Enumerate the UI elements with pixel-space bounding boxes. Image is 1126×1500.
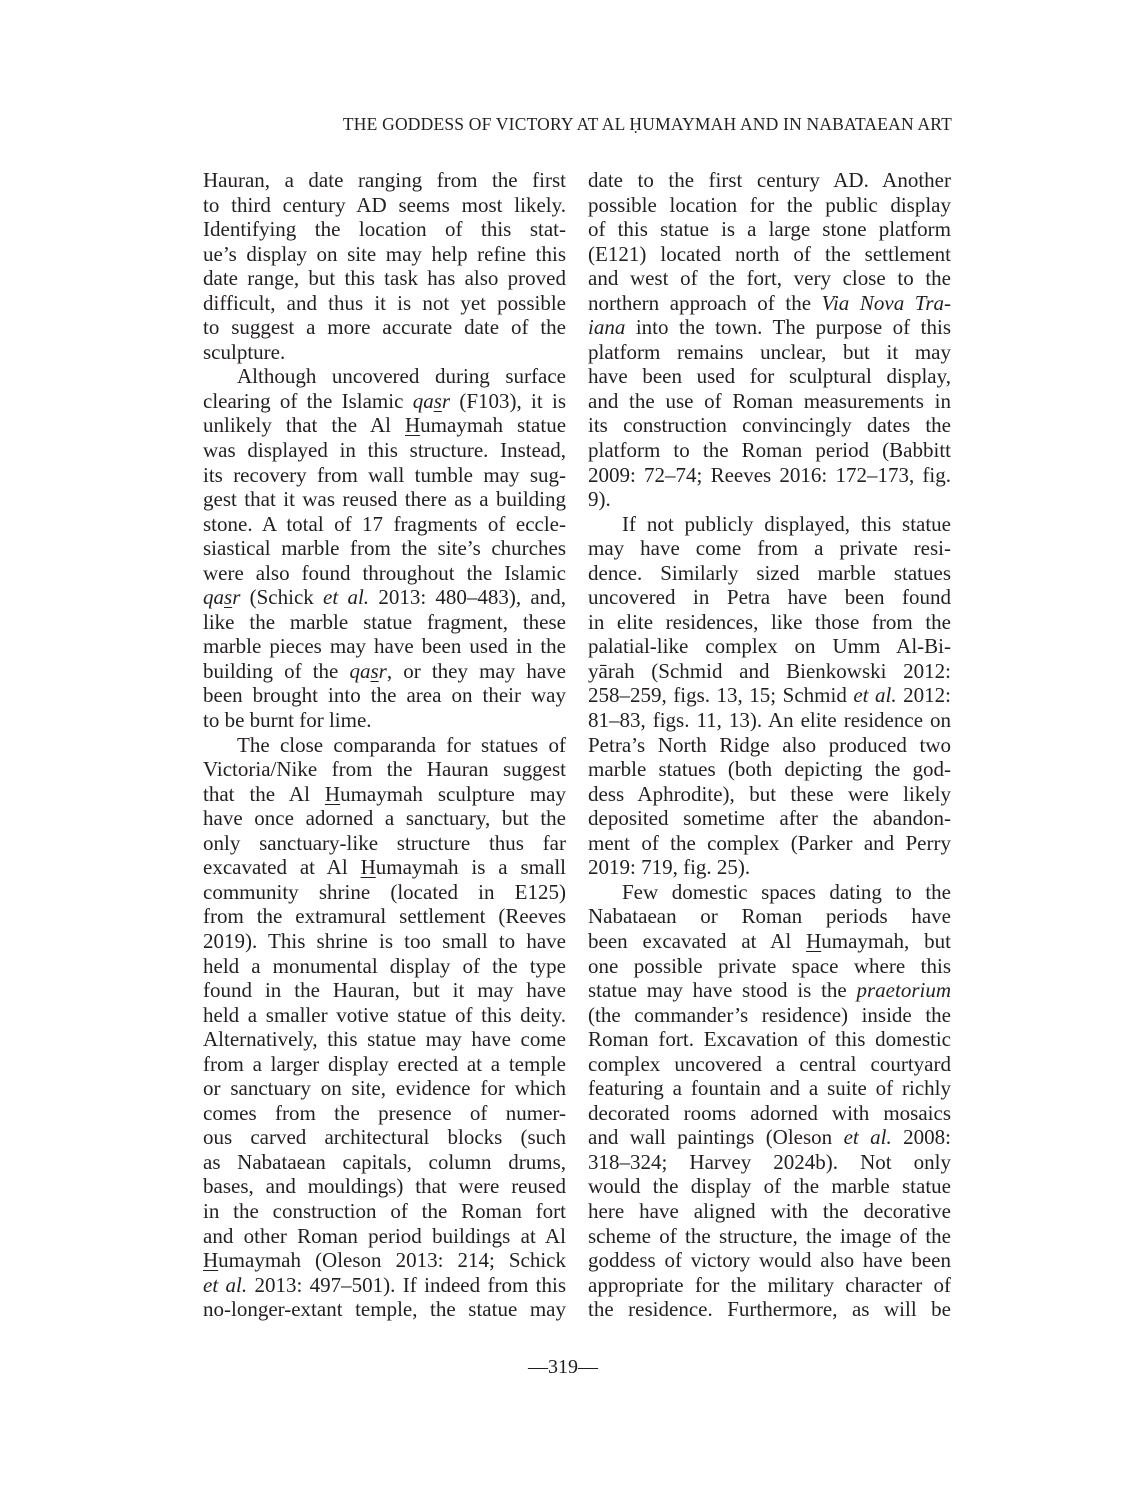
formatted-text: et al. (323, 585, 369, 609)
text-run: platform to the Roman period (Babbitt (588, 438, 951, 462)
text-run: Identifying the location of this stat- (203, 217, 566, 241)
text-run: one possible private space where this (588, 954, 951, 978)
text-line: ous carved architectural blocks (such (203, 1125, 566, 1150)
text-run: excavated at Al (203, 855, 361, 879)
text-run: marble statues (both depicting the god- (588, 757, 951, 781)
text-line: to be burnt for lime. (203, 708, 566, 733)
text-line: or sanctuary on site, evidence for which (203, 1076, 566, 1101)
text-line: that the Al Humaymah sculpture may (203, 782, 566, 807)
text-run: decorated rooms adorned with mosaics (588, 1101, 951, 1125)
text-line: platform to the Roman period (Babbitt (588, 438, 951, 463)
formatted-text: H (405, 413, 420, 437)
text-line: statue may have stood is the praetorium (588, 978, 951, 1003)
paragraph: Few domestic spaces dating to theNabatae… (588, 880, 951, 1322)
text-line: date to the first century AD. Another (588, 168, 951, 193)
text-line: of this statue is a large stone platform (588, 217, 951, 242)
text-line: 2009: 72–74; Reeves 2016: 172–173, fig. (588, 463, 951, 488)
text-line: here have aligned with the decorative (588, 1199, 951, 1224)
text-line: gest that it was reused there as a build… (203, 487, 566, 512)
text-line: to suggest a more accurate date of the (203, 315, 566, 340)
text-run: gest that it was reused there as a build… (203, 487, 566, 511)
formatted-text: qa (349, 659, 370, 683)
text-line: one possible private space where this (588, 954, 951, 979)
text-run: northern approach of the (588, 291, 822, 315)
text-line: from the extramural settlement (Reeves (203, 904, 566, 929)
text-line: platform remains unclear, but it may (588, 340, 951, 365)
text-run: ment of the complex (Parker and Perry (588, 831, 951, 855)
text-run: ous carved architectural blocks (such (203, 1125, 566, 1149)
text-line: from a larger display erected at a templ… (203, 1052, 566, 1077)
text-run: been excavated at Al (588, 929, 806, 953)
text-run: palatial-like complex on Umm Al-Bi- (588, 634, 951, 658)
text-line: and the use of Roman measurements in (588, 389, 951, 414)
text-line: Hauran, a date ranging from the first (203, 168, 566, 193)
text-line: stone. A total of 17 fragments of eccle- (203, 512, 566, 537)
text-run: umaymah is a small (376, 855, 566, 879)
text-run: of this statue is a large stone platform (588, 217, 951, 241)
text-line: 2019). This shrine is too small to have (203, 929, 566, 954)
text-line: have been used for sculptural display, (588, 364, 951, 389)
text-line: marble pieces may have been used in the (203, 634, 566, 659)
text-run: may have come from a private resi- (588, 536, 951, 560)
formatted-text: et al. (844, 1125, 892, 1149)
text-line: unlikely that the Al Humaymah statue (203, 413, 566, 438)
text-line: dence. Similarly sized marble statues (588, 561, 951, 586)
formatted-text: r (379, 659, 387, 683)
text-run: difficult, and thus it is not yet possib… (203, 291, 566, 315)
text-line: uncovered in Petra have been found (588, 585, 951, 610)
text-line: marble statues (both depicting the god- (588, 757, 951, 782)
text-line: no-longer-extant temple, the statue may (203, 1297, 566, 1322)
text-run: Roman fort. Excavation of this domestic (588, 1027, 951, 1051)
text-run: 2012: (897, 683, 951, 707)
text-run: or sanctuary on site, evidence for which (203, 1076, 566, 1100)
text-run: date range, but this task has also prove… (203, 266, 566, 290)
formatted-text: s (434, 389, 442, 413)
text-run: found in the Hauran, but it may have (203, 978, 566, 1002)
text-line: like the marble statue fragment, these (203, 610, 566, 635)
text-run: held a monumental display of the type (203, 954, 566, 978)
text-line: difficult, and thus it is not yet possib… (203, 291, 566, 316)
text-run: its construction convincingly dates the (588, 413, 951, 437)
text-run: 2008: (892, 1125, 951, 1149)
text-column-left: Hauran, a date ranging from the firstto … (203, 168, 566, 1322)
formatted-text: iana (588, 315, 625, 339)
text-line: to third century AD seems most likely. (203, 193, 566, 218)
text-run: was displayed in this structure. Instead… (203, 438, 566, 462)
text-run: were also found throughout the Islamic (203, 561, 566, 585)
text-line: ment of the complex (Parker and Perry (588, 831, 951, 856)
text-run: Petra’s North Ridge also produced two (588, 733, 951, 757)
text-line: dess Aphrodite), but these were likely (588, 782, 951, 807)
text-run: been brought into the area on their way (203, 683, 566, 707)
formatted-text: et al. (853, 683, 896, 707)
text-line: was displayed in this structure. Instead… (203, 438, 566, 463)
text-run: into the town. The purpose of this (625, 315, 951, 339)
text-line: found in the Hauran, but it may have (203, 978, 566, 1003)
formatted-text: qa (203, 585, 224, 609)
text-column-right: date to the first century AD. Anotherpos… (588, 168, 951, 1322)
text-run: (the commander’s residence) inside the (588, 1003, 951, 1027)
paragraph: If not publicly displayed, this statuema… (588, 512, 951, 880)
text-line: as Nabataean capitals, column drums, (203, 1150, 566, 1175)
text-run: like the marble statue fragment, these (203, 610, 566, 634)
text-line: Victoria/Nike from the Hauran suggest (203, 757, 566, 782)
text-run: have been used for sculptural display, (588, 364, 951, 388)
text-run: comes from the presence of numer- (203, 1101, 566, 1125)
text-run: complex uncovered a central courtyard (588, 1052, 951, 1076)
text-run: Nabataean or Roman periods have (588, 904, 951, 928)
text-line: 2019: 719, fig. 25). (588, 855, 951, 880)
formatted-text: s (370, 659, 378, 683)
text-line: 318–324; Harvey 2024b). Not only (588, 1150, 951, 1175)
text-run: unlikely that the Al (203, 413, 405, 437)
text-line: Roman fort. Excavation of this domestic (588, 1027, 951, 1052)
text-run: to be burnt for lime. (203, 708, 372, 732)
text-line: community shrine (located in E125) (203, 880, 566, 905)
text-run: stone. A total of 17 fragments of eccle- (203, 512, 566, 536)
text-line: clearing of the Islamic qasr (F103), it … (203, 389, 566, 414)
text-line: Petra’s North Ridge also produced two (588, 733, 951, 758)
page-number: —319— (0, 1356, 1126, 1379)
text-line: appropriate for the military character o… (588, 1273, 951, 1298)
text-run: community shrine (located in E125) (203, 880, 566, 904)
text-line: held a monumental display of the type (203, 954, 566, 979)
text-line: featuring a fountain and a suite of rich… (588, 1076, 951, 1101)
text-run: 2019: 719, fig. 25). (588, 855, 750, 879)
text-line: complex uncovered a central courtyard (588, 1052, 951, 1077)
running-head: THE GODDESS OF VICTORY AT AL ḤUMAYMAH AN… (343, 114, 952, 135)
text-line: (the commander’s residence) inside the (588, 1003, 951, 1028)
text-run: held a smaller votive statue of this dei… (203, 1003, 566, 1027)
text-line: the residence. Furthermore, as will be (588, 1297, 951, 1322)
text-line: qasr (Schick et al. 2013: 480–483), and, (203, 585, 566, 610)
text-line: deposited sometime after the abandon- (588, 806, 951, 831)
formatted-text: s (224, 585, 232, 609)
text-line: 258–259, figs. 13, 15; Schmid et al. 201… (588, 683, 951, 708)
paragraph: The close comparanda for statues ofVicto… (203, 733, 566, 1322)
text-line: comes from the presence of numer- (203, 1101, 566, 1126)
text-run: 2013: 480–483), and, (369, 585, 566, 609)
text-line: Nabataean or Roman periods have (588, 904, 951, 929)
text-line: bases, and mouldings) that were reused (203, 1174, 566, 1199)
text-line: building of the qasr, or they may have (203, 659, 566, 684)
text-run: in elite residences, like those from the (588, 610, 951, 634)
text-run: featuring a fountain and a suite of rich… (588, 1076, 951, 1100)
text-line: Few domestic spaces dating to the (588, 880, 951, 905)
text-run: ue’s display on site may help refine thi… (203, 242, 566, 266)
text-run: no-longer-extant temple, the statue may (203, 1297, 566, 1321)
text-line: siastical marble from the site’s churche… (203, 536, 566, 561)
text-line: Identifying the location of this stat- (203, 217, 566, 242)
text-line: been brought into the area on their way (203, 683, 566, 708)
text-run: that the Al (203, 782, 325, 806)
formatted-text: qa (413, 389, 434, 413)
text-run: 2019). This shrine is too small to have (203, 929, 566, 953)
text-run: 9). (588, 487, 611, 511)
text-line: Humaymah (Oleson 2013: 214; Schick (203, 1248, 566, 1273)
text-run: bases, and mouldings) that were reused (203, 1174, 566, 1198)
text-line: its recovery from wall tumble may sug- (203, 463, 566, 488)
text-run: would the display of the marble statue (588, 1174, 951, 1198)
text-line: been excavated at Al Humaymah, but (588, 929, 951, 954)
text-run: to third century AD seems most likely. (203, 193, 566, 217)
text-line: only sanctuary-like structure thus far (203, 831, 566, 856)
paragraph: Although uncovered during surfaceclearin… (203, 364, 566, 732)
text-run: dence. Similarly sized marble statues (588, 561, 951, 585)
text-line: iana into the town. The purpose of this (588, 315, 951, 340)
text-run: in the construction of the Roman fort (203, 1199, 566, 1223)
text-line: were also found throughout the Islamic (203, 561, 566, 586)
text-line: and west of the fort, very close to the (588, 266, 951, 291)
text-run: umaymah (Oleson 2013: 214; Schick (218, 1248, 566, 1272)
text-run: dess Aphrodite), but these were likely (588, 782, 951, 806)
text-run: The close comparanda for statues of (237, 733, 566, 757)
text-run: here have aligned with the decorative (588, 1199, 951, 1223)
text-run: goddess of victory would also have been (588, 1248, 951, 1272)
text-run: from the extramural settlement (Reeves (203, 904, 566, 928)
text-line: decorated rooms adorned with mosaics (588, 1101, 951, 1126)
text-run: 318–324; Harvey 2024b). Not only (588, 1150, 951, 1174)
formatted-text: H (325, 782, 340, 806)
text-run: Few domestic spaces dating to the (622, 880, 951, 904)
text-run: statue may have stood is the (588, 978, 857, 1002)
paragraph: Hauran, a date ranging from the firstto … (203, 168, 566, 364)
paragraph: date to the first century AD. Anotherpos… (588, 168, 951, 512)
text-line: may have come from a private resi- (588, 536, 951, 561)
text-line: in the construction of the Roman fort (203, 1199, 566, 1224)
text-run: yārah (Schmid and Bienkowski 2012: (588, 659, 951, 683)
text-line: goddess of victory would also have been (588, 1248, 951, 1273)
text-line: The close comparanda for statues of (203, 733, 566, 758)
text-run: building of the (203, 659, 349, 683)
text-run: siastical marble from the site’s churche… (203, 536, 566, 560)
text-line: (E121) located north of the settlement (588, 242, 951, 267)
text-run: Alternatively, this statue may have come (203, 1027, 566, 1051)
text-line: date range, but this task has also prove… (203, 266, 566, 291)
text-run: scheme of the structure, the image of th… (588, 1224, 951, 1248)
text-run: (E121) located north of the settlement (588, 242, 951, 266)
text-run: 2009: 72–74; Reeves 2016: 172–173, fig. (588, 463, 951, 487)
text-run: (Schick (240, 585, 323, 609)
text-line: ue’s display on site may help refine thi… (203, 242, 566, 267)
text-run: 2013: 497–501). If indeed from this (247, 1273, 566, 1297)
text-run: from a larger display erected at a templ… (203, 1052, 566, 1076)
text-run: appropriate for the military character o… (588, 1273, 951, 1297)
text-line: and wall paintings (Oleson et al. 2008: (588, 1125, 951, 1150)
text-line: scheme of the structure, the image of th… (588, 1224, 951, 1249)
text-run: platform remains unclear, but it may (588, 340, 951, 364)
text-line: sculpture. (203, 340, 566, 365)
text-run: and west of the fort, very close to the (588, 266, 951, 290)
formatted-text: H (203, 1248, 218, 1272)
text-run: umaymah, but (821, 929, 951, 953)
text-line: Alternatively, this statue may have come (203, 1027, 566, 1052)
text-line: yārah (Schmid and Bienkowski 2012: (588, 659, 951, 684)
formatted-text: H (361, 855, 376, 879)
text-run: and wall paintings (Oleson (588, 1125, 844, 1149)
text-line: 9). (588, 487, 951, 512)
text-run: have once adorned a sanctuary, but the (203, 806, 566, 830)
formatted-text: r (442, 389, 450, 413)
formatted-text: Via Nova Tra- (822, 291, 951, 315)
text-run: If not publicly displayed, this statue (622, 512, 951, 536)
text-run: marble pieces may have been used in the (203, 634, 566, 658)
text-line: northern approach of the Via Nova Tra- (588, 291, 951, 316)
text-line: If not publicly displayed, this statue (588, 512, 951, 537)
text-run: umaymah statue (420, 413, 566, 437)
formatted-text: H (806, 929, 821, 953)
text-run: (F103), it is (450, 389, 566, 413)
text-run: , or they may have (387, 659, 566, 683)
text-line: possible location for the public display (588, 193, 951, 218)
text-run: clearing of the Islamic (203, 389, 413, 413)
formatted-text: et al. (203, 1273, 247, 1297)
text-run: and other Roman period buildings at Al (203, 1224, 566, 1248)
text-run: possible location for the public display (588, 193, 951, 217)
text-run: sculpture. (203, 340, 285, 364)
text-run: to suggest a more accurate date of the (203, 315, 566, 339)
text-line: in elite residences, like those from the (588, 610, 951, 635)
text-line: have once adorned a sanctuary, but the (203, 806, 566, 831)
text-line: et al. 2013: 497–501). If indeed from th… (203, 1273, 566, 1298)
text-run: only sanctuary-like structure thus far (203, 831, 566, 855)
text-line: would the display of the marble statue (588, 1174, 951, 1199)
text-line: Although uncovered during surface (203, 364, 566, 389)
text-run: its recovery from wall tumble may sug- (203, 463, 566, 487)
text-run: Although uncovered during surface (237, 364, 566, 388)
text-run: date to the first century AD. Another (588, 168, 951, 192)
text-run: 258–259, figs. 13, 15; Schmid (588, 683, 853, 707)
text-run: Victoria/Nike from the Hauran suggest (203, 757, 566, 781)
text-run: uncovered in Petra have been found (588, 585, 951, 609)
text-run: 81–83, figs. 11, 13). An elite residence… (588, 708, 951, 732)
text-run: the residence. Furthermore, as will be (588, 1297, 951, 1321)
text-line: 81–83, figs. 11, 13). An elite residence… (588, 708, 951, 733)
text-run: umaymah sculpture may (340, 782, 566, 806)
text-line: held a smaller votive statue of this dei… (203, 1003, 566, 1028)
text-run: and the use of Roman measurements in (588, 389, 951, 413)
text-run: as Nabataean capitals, column drums, (203, 1150, 566, 1174)
text-line: palatial-like complex on Umm Al-Bi- (588, 634, 951, 659)
text-line: excavated at Al Humaymah is a small (203, 855, 566, 880)
formatted-text: praetorium (857, 978, 952, 1002)
text-line: its construction convincingly dates the (588, 413, 951, 438)
text-run: Hauran, a date ranging from the first (203, 168, 566, 192)
text-run: deposited sometime after the abandon- (588, 806, 951, 830)
text-line: and other Roman period buildings at Al (203, 1224, 566, 1249)
